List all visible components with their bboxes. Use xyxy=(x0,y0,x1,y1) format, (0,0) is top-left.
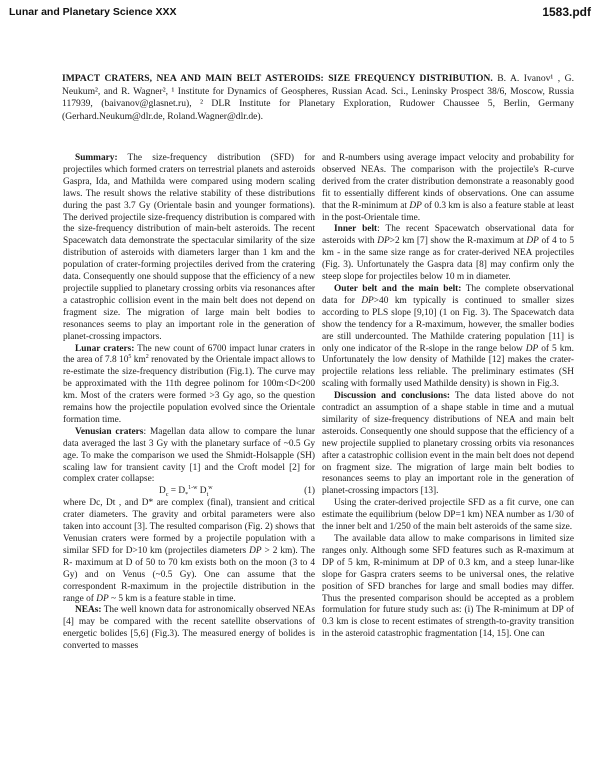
available-data-paragraph: The available data allow to make compari… xyxy=(322,534,574,641)
inner-belt-heading: Inner belt xyxy=(334,224,377,234)
summary-heading: Summary: xyxy=(75,153,118,163)
outer-belt-heading: Outer belt and the main belt: xyxy=(334,284,461,294)
venusian-craters-heading: Venusian craters xyxy=(75,427,143,437)
equation-number: (1) xyxy=(292,486,315,498)
running-header-filename: 1583.pdf xyxy=(542,5,591,19)
lunar-craters-heading: Lunar craters: xyxy=(75,344,134,354)
summary-paragraph: Summary: The size-frequency distribution… xyxy=(63,153,315,344)
equation-body: Dc = D*1-w Dtw xyxy=(147,486,213,498)
paper-title: IMPACT CRATERS, NEA AND MAIN BELT ASTERO… xyxy=(62,73,493,84)
neas-paragraph: NEAs: The well known data for astronomic… xyxy=(63,605,315,653)
equation-1: Dc = D*1-w Dtw(1) xyxy=(63,486,315,498)
neas-continuation: and R-numbers using average impact veloc… xyxy=(322,153,574,224)
left-column: Summary: The size-frequency distribution… xyxy=(63,153,315,653)
discussion-paragraph: Discussion and conclusions: The data lis… xyxy=(322,391,574,498)
venusian-continuation: where Dc, Dt , and D* are complex (final… xyxy=(63,498,315,605)
inner-belt-paragraph: Inner belt: The recent Spacewatch observ… xyxy=(322,224,574,284)
venusian-craters-paragraph: Venusian craters: Magellan data allow to… xyxy=(63,427,315,487)
equilibrium-paragraph: Using the crater-derived projectile SFD … xyxy=(322,498,574,534)
running-header-journal: Lunar and Planetary Science XXX xyxy=(9,6,176,18)
right-column: and R-numbers using average impact veloc… xyxy=(322,153,574,641)
lunar-craters-paragraph: Lunar craters: The new count of 6700 imp… xyxy=(63,344,315,427)
outer-belt-paragraph: Outer belt and the main belt: The comple… xyxy=(322,284,574,391)
discussion-heading: Discussion and conclusions: xyxy=(334,391,450,401)
neas-heading: NEAs: xyxy=(75,605,101,615)
title-block: IMPACT CRATERS, NEA AND MAIN BELT ASTERO… xyxy=(62,73,574,123)
